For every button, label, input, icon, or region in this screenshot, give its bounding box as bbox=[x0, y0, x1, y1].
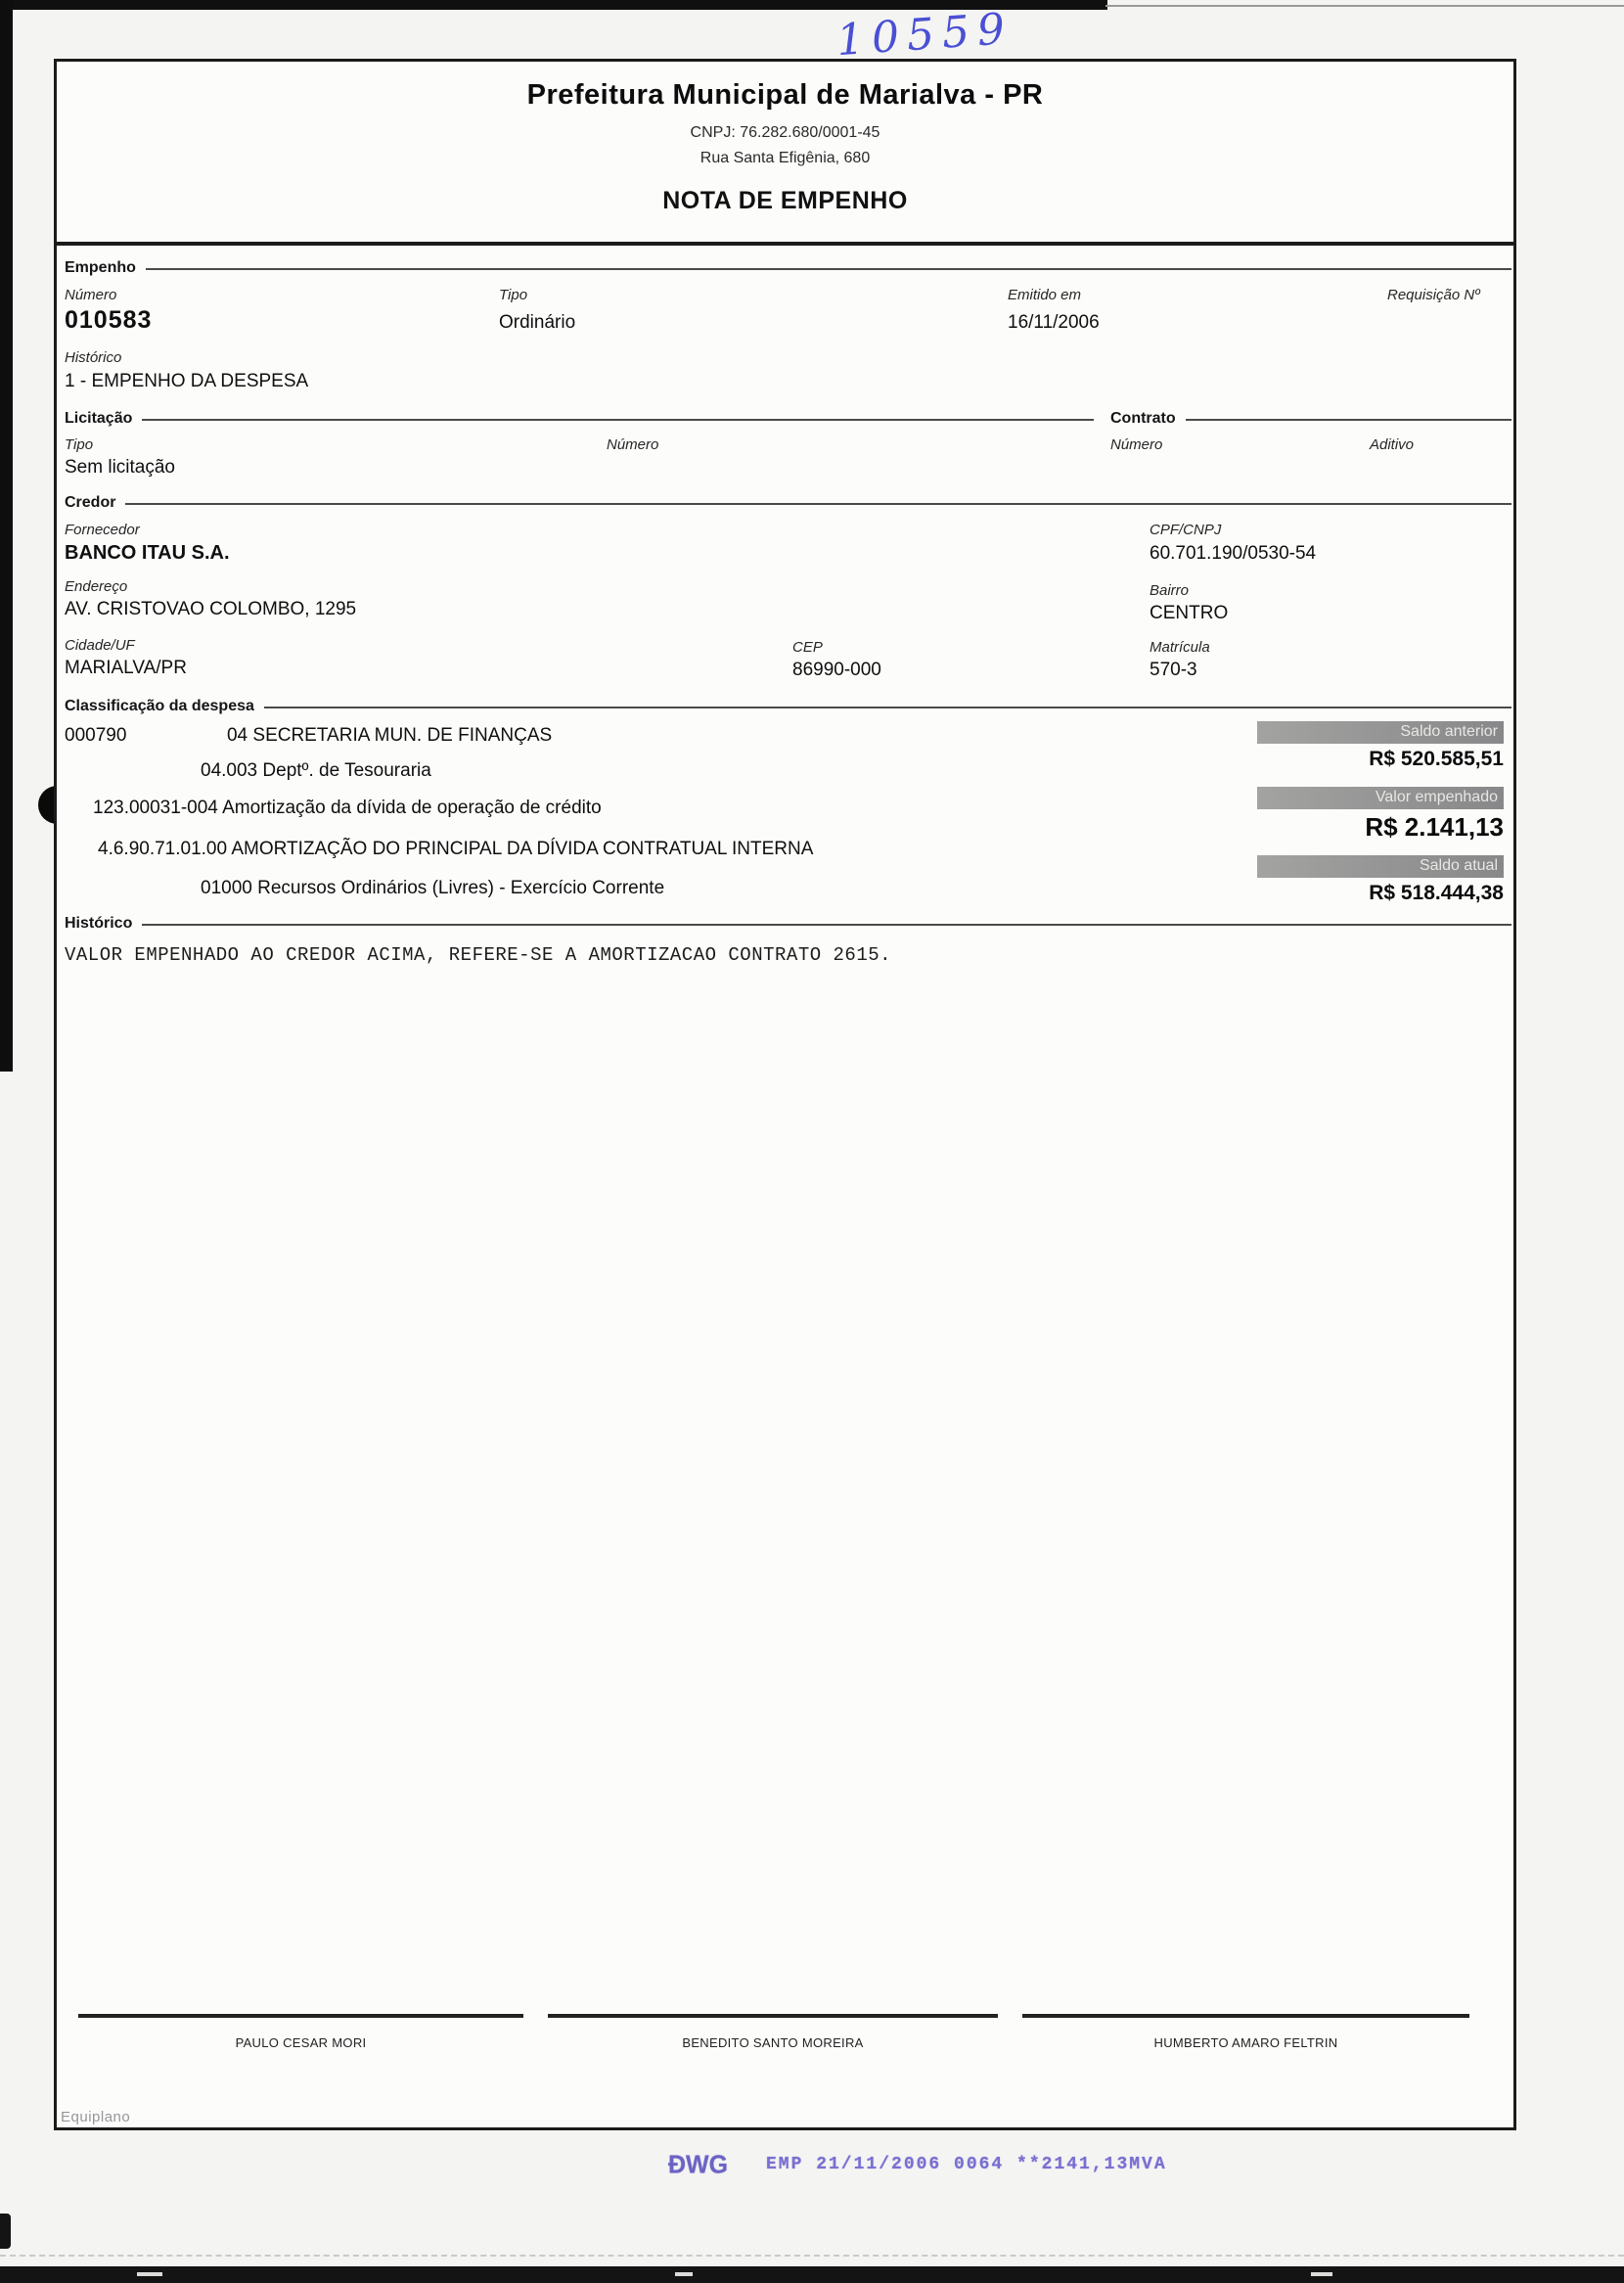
section-classificacao-label: Classificação da despesa bbox=[65, 698, 254, 715]
empenho-tipo-label: Tipo bbox=[499, 287, 527, 303]
contrato-numero-label: Número bbox=[1110, 436, 1162, 453]
section-historico-label: Histórico bbox=[65, 915, 132, 933]
saldo-atual-value: R$ 518.444,38 bbox=[1257, 882, 1504, 905]
credor-cpf-value: 60.701.190/0530-54 bbox=[1150, 543, 1316, 565]
equiplano-mark: Equiplano bbox=[61, 2109, 130, 2125]
section-classificacao: Classificação da despesa bbox=[65, 698, 1511, 715]
section-licitacao: Licitação bbox=[65, 410, 1094, 428]
section-contrato-label: Contrato bbox=[1110, 410, 1176, 428]
historico-text: VALOR EMPENHADO AO CREDOR ACIMA, REFERE-… bbox=[65, 944, 891, 966]
signature-name: BENEDITO SANTO MOREIRA bbox=[548, 2035, 998, 2050]
valor-empenhado-label: Valor empenhado bbox=[1376, 789, 1498, 805]
section-credor-label: Credor bbox=[65, 494, 115, 512]
scan-left-edge bbox=[0, 0, 13, 1072]
classificacao-ledger: 000790 bbox=[65, 725, 126, 746]
classificacao-row: 123.00031-004 Amortização da dívida de o… bbox=[93, 798, 602, 819]
empenho-numero-value: 010583 bbox=[65, 306, 152, 335]
empenho-emitido-label: Emitido em bbox=[1008, 287, 1081, 303]
empenho-historico-value: 1 - EMPENHO DA DESPESA bbox=[65, 371, 308, 392]
section-contrato: Contrato bbox=[1110, 410, 1511, 428]
signature-line bbox=[1022, 2014, 1469, 2018]
scan-top-edge-line bbox=[1105, 5, 1624, 7]
credor-fornecedor-label: Fornecedor bbox=[65, 522, 140, 538]
classificacao-desc: SECRETARIA MUN. DE FINANÇAS bbox=[252, 725, 552, 746]
cnpj-line: CNPJ: 76.282.680/0001-45 bbox=[57, 124, 1513, 142]
scan-bottom-dash bbox=[137, 2272, 162, 2276]
credor-cpf-label: CPF/CNPJ bbox=[1150, 522, 1221, 538]
signature-line bbox=[78, 2014, 523, 2018]
valor-empenhado-value: R$ 2.141,13 bbox=[1257, 812, 1504, 843]
section-historico: Histórico bbox=[65, 915, 1511, 933]
signature-name: HUMBERTO AMARO FELTRIN bbox=[1022, 2035, 1469, 2050]
empenho-historico-label: Histórico bbox=[65, 349, 121, 366]
section-rule bbox=[142, 924, 1511, 926]
signature-name: PAULO CESAR MORI bbox=[78, 2035, 523, 2050]
saldo-anterior-value: R$ 520.585,51 bbox=[1257, 748, 1504, 771]
credor-bairro-value: CENTRO bbox=[1150, 603, 1228, 624]
classificacao-row: 000790 04 SECRETARIA MUN. DE FINANÇAS bbox=[65, 725, 552, 747]
saldo-atual-label: Saldo atual bbox=[1420, 857, 1498, 874]
handwritten-number: 10559 bbox=[835, 4, 1014, 66]
credor-cep-label: CEP bbox=[792, 639, 823, 656]
empenho-numero-label: Número bbox=[65, 287, 116, 303]
credor-endereco-value: AV. CRISTOVAO COLOMBO, 1295 bbox=[65, 599, 356, 620]
bank-stamp-text: EMP 21/11/2006 0064 **2141,13MVA bbox=[766, 2155, 1167, 2174]
credor-bairro-label: Bairro bbox=[1150, 582, 1189, 599]
document-title: NOTA DE EMPENHO bbox=[57, 187, 1513, 215]
credor-fornecedor-value: BANCO ITAU S.A. bbox=[65, 542, 230, 565]
scan-bottom-edge bbox=[0, 2266, 1624, 2283]
section-rule bbox=[125, 503, 1511, 505]
credor-cidade-value: MARIALVA/PR bbox=[65, 658, 187, 679]
licitacao-numero-label: Número bbox=[607, 436, 658, 453]
classificacao-row: 04.003 Deptº. de Tesouraria bbox=[201, 760, 431, 782]
contrato-aditivo-label: Aditivo bbox=[1370, 436, 1414, 453]
credor-endereco-label: Endereço bbox=[65, 578, 127, 595]
bank-stamp-logo: ĐWG bbox=[668, 2150, 728, 2179]
section-rule bbox=[142, 419, 1094, 421]
section-rule bbox=[1186, 419, 1511, 421]
credor-matricula-value: 570-3 bbox=[1150, 660, 1197, 681]
classificacao-row: 01000 Recursos Ordinários (Livres) - Exe… bbox=[201, 878, 664, 899]
credor-matricula-label: Matrícula bbox=[1150, 639, 1210, 656]
saldo-anterior-label: Saldo anterior bbox=[1400, 723, 1498, 740]
header-divider bbox=[57, 242, 1513, 246]
saldo-atual-bar: Saldo atual bbox=[1257, 855, 1504, 878]
saldo-anterior-bar: Saldo anterior bbox=[1257, 721, 1504, 744]
section-empenho: Empenho bbox=[65, 259, 1511, 277]
licitacao-tipo-label: Tipo bbox=[65, 436, 93, 453]
scan-bottom-dash bbox=[1311, 2272, 1332, 2276]
signature-line bbox=[548, 2014, 998, 2018]
classificacao-code: 123.00031-004 bbox=[93, 798, 218, 818]
section-licitacao-label: Licitação bbox=[65, 410, 132, 428]
credor-cep-value: 86990-000 bbox=[792, 660, 881, 681]
empenho-emitido-value: 16/11/2006 bbox=[1008, 312, 1100, 334]
classificacao-code: 01000 bbox=[201, 878, 252, 898]
section-empenho-label: Empenho bbox=[65, 259, 136, 277]
scanned-document: 10559 Prefeitura Municipal de Marialva -… bbox=[0, 0, 1624, 2283]
section-rule bbox=[264, 707, 1511, 708]
scan-bottom-dash bbox=[675, 2272, 693, 2276]
valor-empenhado-bar: Valor empenhado bbox=[1257, 787, 1504, 809]
section-credor: Credor bbox=[65, 494, 1511, 512]
classificacao-desc: Amortização da dívida de operação de cré… bbox=[222, 798, 602, 818]
classificacao-code: 4.6.90.71.01.00 bbox=[98, 839, 227, 859]
classificacao-desc: Recursos Ordinários (Livres) - Exercício… bbox=[257, 878, 664, 898]
licitacao-tipo-value: Sem licitação bbox=[65, 457, 175, 479]
empenho-tipo-value: Ordinário bbox=[499, 312, 575, 334]
classificacao-row: 4.6.90.71.01.00 AMORTIZAÇÃO DO PRINCIPAL… bbox=[98, 839, 813, 860]
section-rule bbox=[146, 268, 1511, 270]
classificacao-code: 04 bbox=[227, 725, 248, 746]
classificacao-code: 04.003 bbox=[201, 760, 257, 781]
address-line: Rua Santa Efigênia, 680 bbox=[57, 150, 1513, 167]
scan-fold-line bbox=[0, 2255, 1624, 2257]
credor-cidade-label: Cidade/UF bbox=[65, 637, 135, 654]
scan-left-edge-blob bbox=[0, 2214, 11, 2249]
empenho-requisicao-label: Requisição Nº bbox=[1387, 287, 1480, 303]
municipality-title: Prefeitura Municipal de Marialva - PR bbox=[57, 79, 1513, 112]
classificacao-desc: Deptº. de Tesouraria bbox=[262, 760, 430, 781]
classificacao-desc: AMORTIZAÇÃO DO PRINCIPAL DA DÍVIDA CONTR… bbox=[231, 839, 813, 859]
document-page: Prefeitura Municipal de Marialva - PR CN… bbox=[54, 59, 1516, 2130]
